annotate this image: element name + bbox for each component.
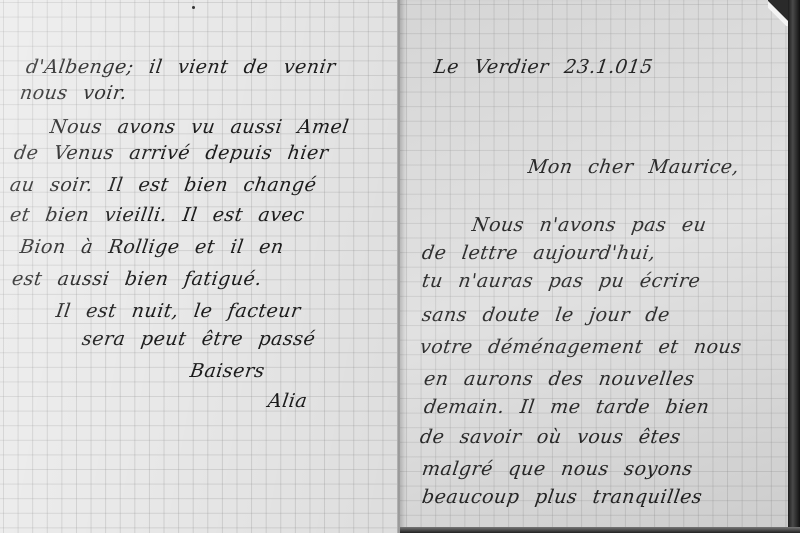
right-line-1: Nous n'avons pas eu — [471, 216, 708, 235]
right-line-9: malgré que nous soyons — [421, 460, 694, 479]
left-line-4: de Venus arrivé depuis hier — [13, 144, 330, 163]
closing-baisers: Baisers — [189, 362, 266, 381]
right-line-3: tu n'auras pas pu écrire — [421, 272, 702, 291]
left-line-5: au soir. Il est bien changé — [9, 176, 318, 195]
place-date: Le Verdier 23.1.015 — [433, 58, 655, 77]
left-line-1: d'Albenge; il vient de venir — [25, 58, 337, 77]
left-page: d'Albenge; il vient de venir nous voir. … — [0, 0, 400, 533]
ink-dot — [192, 6, 195, 9]
page-corner-curl — [768, 0, 788, 26]
left-line-3: Nous avons vu aussi Amel — [49, 118, 351, 137]
left-line-9: Il est nuit, le facteur — [55, 302, 302, 321]
left-line-8: est aussi bien fatigué. — [11, 270, 264, 289]
right-line-10: beaucoup plus tranquilles — [421, 488, 704, 507]
notebook-binding — [788, 0, 800, 533]
right-page: Le Verdier 23.1.015 Mon cher Maurice, No… — [400, 0, 788, 533]
right-line-6: en aurons des nouvelles — [423, 370, 696, 389]
right-line-5: votre déménagement et nous — [419, 338, 743, 357]
salutation: Mon cher Maurice, — [527, 158, 741, 177]
letter-spread: d'Albenge; il vient de venir nous voir. … — [0, 0, 800, 533]
left-line-7: Bion à Rollige et il en — [19, 238, 285, 257]
right-line-4: sans doute le jour de — [421, 306, 671, 325]
left-line-10: sera peut être passé — [81, 330, 317, 349]
right-line-7: demain. Il me tarde bien — [423, 398, 711, 417]
right-line-2: de lettre aujourd'hui, — [421, 244, 657, 263]
signature: Alia — [267, 392, 309, 411]
right-line-8: de savoir où vous êtes — [419, 428, 682, 447]
left-line-6: et bien vieilli. Il est avec — [9, 206, 306, 225]
page-bottom-edge — [400, 527, 800, 533]
left-line-2: nous voir. — [19, 84, 129, 103]
